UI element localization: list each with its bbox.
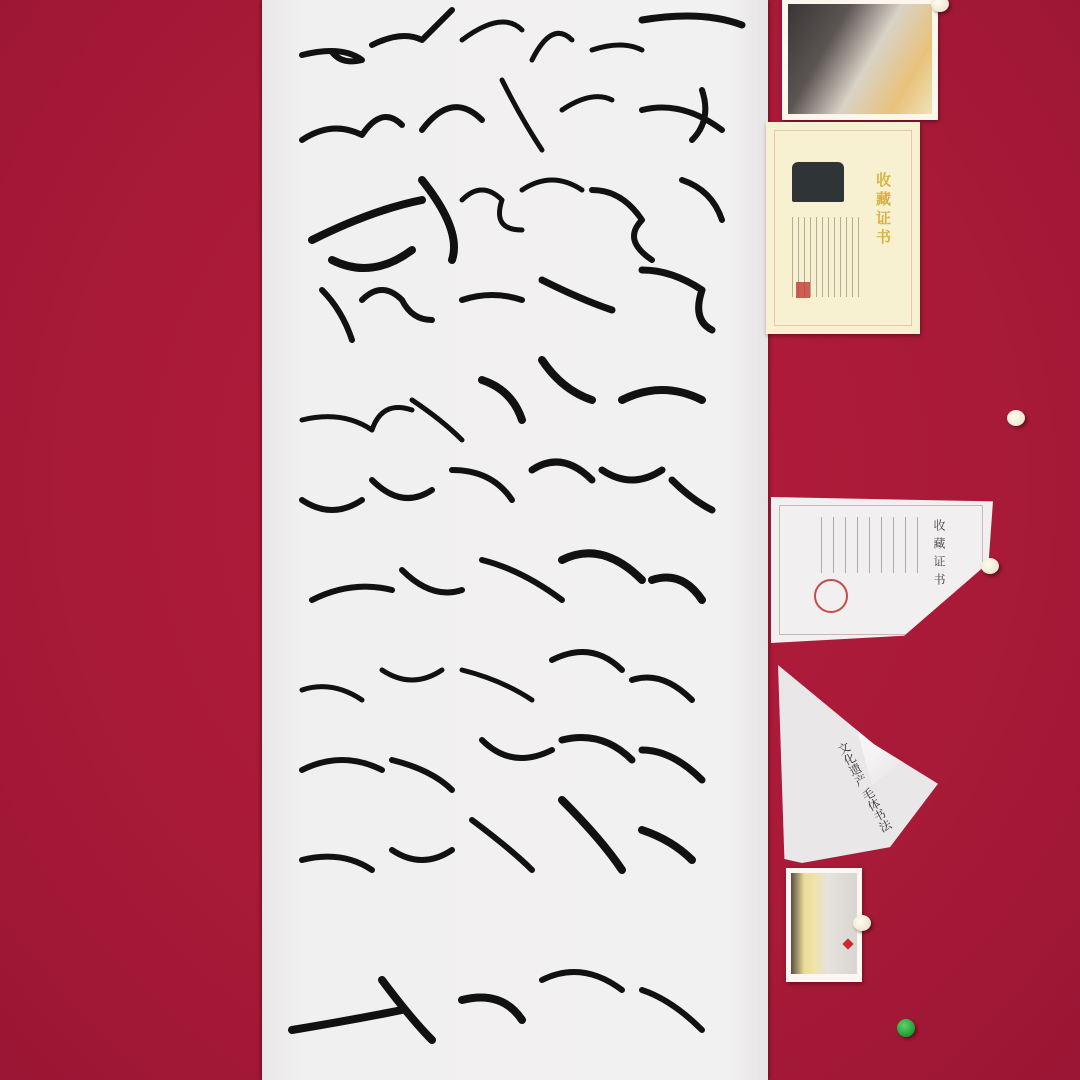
white-pushpin xyxy=(853,915,871,931)
certificate-title: 收藏证书 xyxy=(931,519,948,591)
collection-certificate-cream: 收藏证书 xyxy=(766,122,920,334)
certificate-title: 收藏证书 xyxy=(876,172,894,248)
photo-image xyxy=(791,873,857,974)
official-stamp xyxy=(814,579,848,613)
green-pushpin xyxy=(897,1019,915,1037)
collection-certificate-white: 收藏证书 xyxy=(771,497,993,643)
event-photo-top xyxy=(782,0,938,120)
white-pushpin xyxy=(1007,410,1025,426)
curled-corner xyxy=(818,675,938,785)
calligraphy-strokes xyxy=(262,0,768,1080)
photo-image xyxy=(788,4,932,114)
event-photo-bottom xyxy=(786,868,862,982)
heritage-certificate-curled: 文化遗产 毛体书法 xyxy=(778,665,938,863)
white-pushpin xyxy=(931,0,949,12)
white-pushpin xyxy=(981,558,999,574)
red-seal xyxy=(796,282,810,298)
portrait xyxy=(792,162,844,202)
calligraphy-scroll xyxy=(262,0,768,1080)
